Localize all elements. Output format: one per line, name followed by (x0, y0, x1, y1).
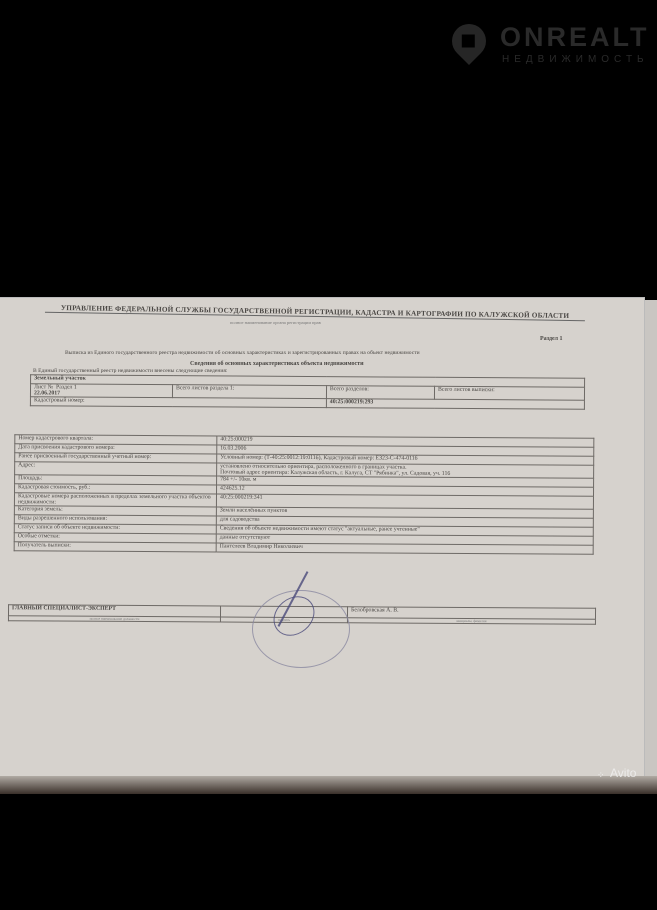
avito-watermark: Avito (610, 766, 636, 780)
row-value-text: Пантелеев Владимир Николаевич (220, 543, 590, 551)
row-value-text: 784 +/- 10кв. м (220, 476, 590, 484)
row-value-text: Условный номер: (Т-40:25:0012:19:0116), … (220, 454, 590, 462)
row-label: Кадастровые номера расположенных в преде… (14, 493, 216, 507)
row-value-text: 40:25:000219:341 (220, 494, 590, 502)
document-photo: УПРАВЛЕНИЕ ФЕДЕРАЛЬНОЙ СЛУЖБЫ ГОСУДАРСТВ… (0, 298, 644, 776)
total-sheets-extract: Всего листов выписки: (435, 386, 585, 400)
row-value-text: 424625.12 (220, 485, 590, 493)
intro-text: Выписка из Единого государственного реес… (65, 350, 565, 356)
avito-logo-icon: ⁘ (597, 770, 605, 781)
sheet-info-table: Земельный участок Лист № Раздел 122.06.2… (30, 374, 585, 409)
row-value-text: Земли населённых пунктов (220, 507, 590, 515)
watermark-brand: ONREALT (500, 22, 650, 53)
row-value: Пантелеев Владимир Николаевич (216, 543, 593, 554)
characteristics-table: Номер кадастрового квартала:40:25:000219… (14, 434, 595, 555)
row-value-text: 16.03.2006 (220, 445, 590, 453)
total-sections: Всего разделов: (326, 386, 434, 400)
row-value-text: для садоводства (220, 516, 590, 524)
sheet-date: 22.06.2017 (34, 390, 60, 396)
header-caption: полное наименование органа регистрации п… (230, 320, 321, 325)
cadastral-number-label: Кадастровый номер: (30, 397, 326, 408)
position-caption: полное наименование должности (8, 616, 220, 622)
row-value-text: данные отсутствуют (220, 534, 590, 542)
section-label: Раздел 1 (540, 336, 563, 342)
watermark-tagline: НЕДВИЖИМОСТЬ (502, 54, 649, 65)
row-value-text: 40:25:000219 (220, 436, 590, 444)
row-value-text: Сведения об объекте недвижимости имеют с… (220, 525, 590, 533)
name-caption: инициалы, фамилия (347, 618, 595, 625)
table-surface (0, 776, 657, 794)
row-label: Адрес: (15, 462, 217, 476)
egrn-note: В Единый государственный реестр недвижим… (33, 368, 227, 374)
row-label: Получатель выписки: (14, 542, 216, 552)
total-sheets-section: Всего листов раздела 1: (172, 385, 326, 399)
document-subtitle: Сведения об основных характеристиках объ… (190, 361, 364, 367)
cadastral-number: 40:25:000219:293 (326, 399, 584, 410)
document-header: УПРАВЛЕНИЕ ФЕДЕРАЛЬНОЙ СЛУЖБЫ ГОСУДАРСТВ… (45, 304, 585, 321)
house-pin-icon (445, 17, 493, 65)
